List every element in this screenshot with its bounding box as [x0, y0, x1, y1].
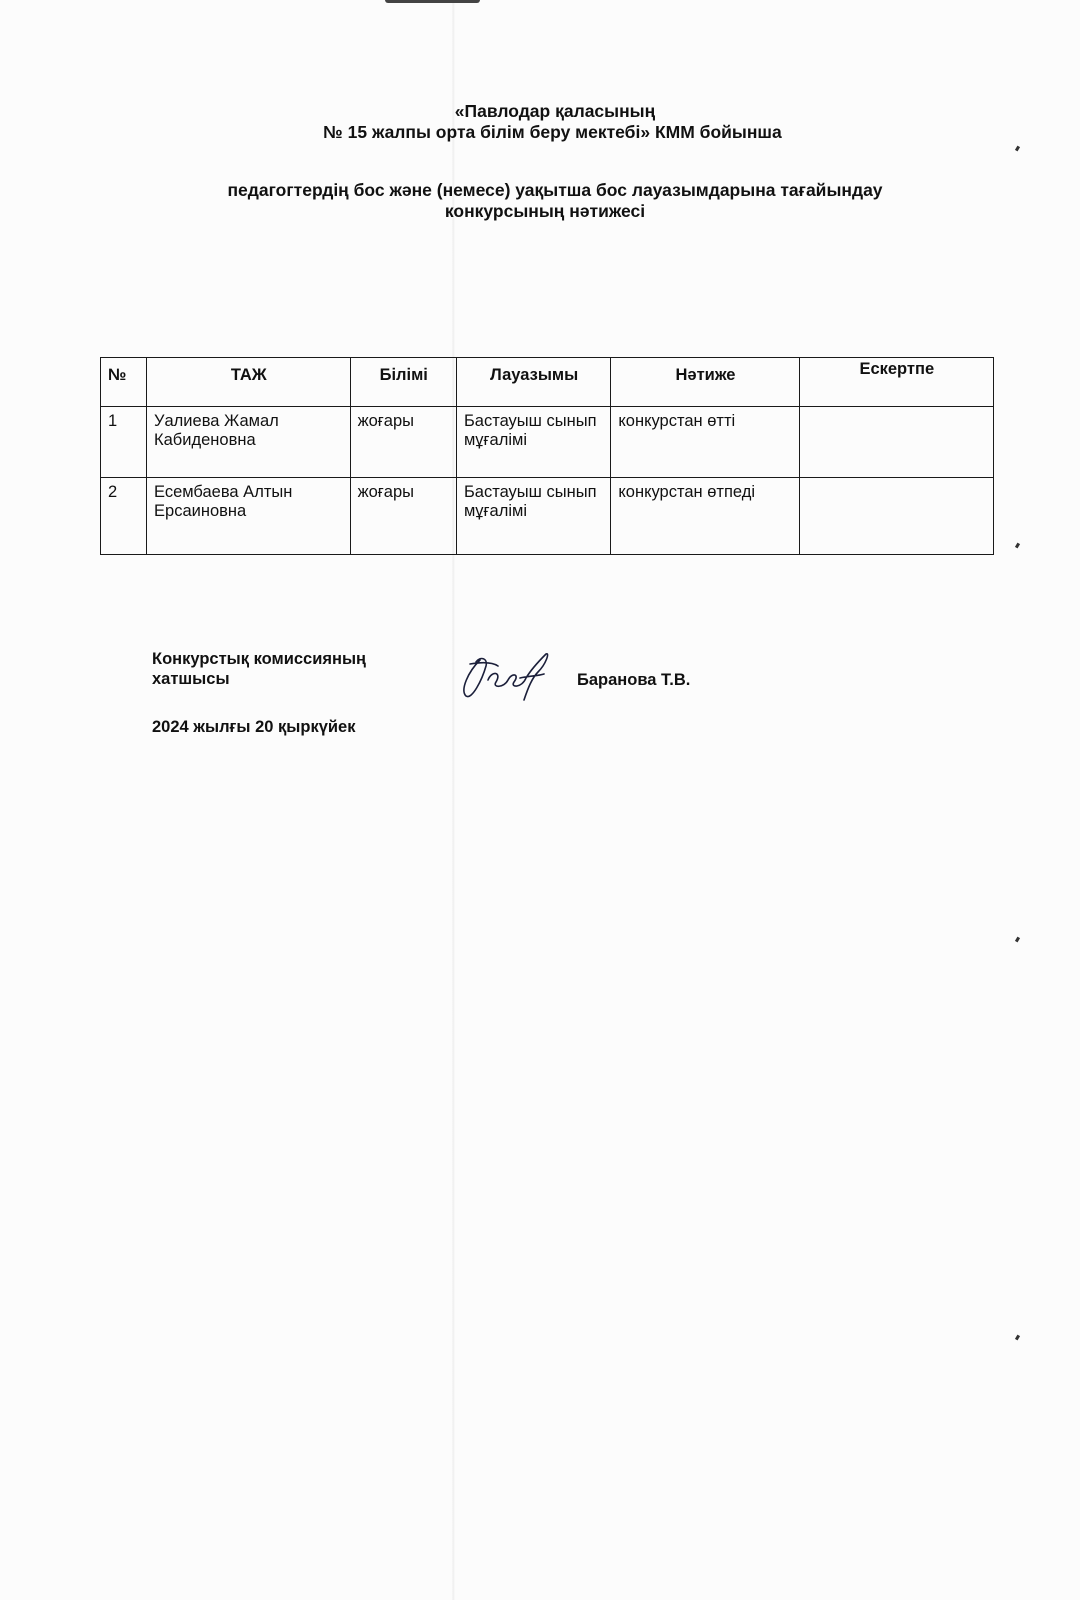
cell-result: конкурстан өтпеді [611, 478, 799, 555]
document-date: 2024 жылғы 20 қыркүйек [152, 718, 356, 737]
scan-edge-shadow [385, 0, 480, 3]
table-row: 1 Уалиева Жамал Кабиденовна жоғары Баста… [101, 407, 994, 478]
cell-name: Уалиева Жамал Кабиденовна [147, 407, 351, 478]
scan-speck [1015, 146, 1020, 152]
cell-note [799, 407, 993, 478]
title-line-2: № 15 жалпы орта білім беру мектебі» КММ … [0, 122, 1080, 143]
cell-result: конкурстан өтті [611, 407, 799, 478]
document-subtitle: педагогтердің бос және (немесе) уақытша … [0, 180, 1080, 222]
cell-education: жоғары [350, 478, 456, 555]
cell-number: 2 [101, 478, 147, 555]
secretary-role-label: Конкурстық комиссияның хатшысы [152, 649, 366, 689]
column-header-number: № [101, 358, 147, 407]
cell-education: жоғары [350, 407, 456, 478]
results-table: № ТАЖ Білімі Лауазымы Нәтиже Ескертпе 1 … [100, 357, 994, 555]
column-header-note: Ескертпе [799, 358, 993, 407]
scan-speck [1015, 543, 1020, 549]
cell-position: Бастауыш сынып мұғалімі [456, 407, 610, 478]
scan-speck [1015, 1335, 1020, 1341]
table-header-row: № ТАЖ Білімі Лауазымы Нәтиже Ескертпе [101, 358, 994, 407]
title-line-1: «Павлодар қаласының [0, 101, 1080, 122]
cell-name: Есембаева Алтын Ерсаиновна [147, 478, 351, 555]
signature-icon [458, 650, 558, 702]
column-header-name: ТАЖ [147, 358, 351, 407]
cell-note [799, 478, 993, 555]
cell-position: Бастауыш сынып мұғалімі [456, 478, 610, 555]
subtitle-line-2: конкурсының нәтижесі [0, 201, 1080, 222]
column-header-position: Лауазымы [456, 358, 610, 407]
column-header-education: Білімі [350, 358, 456, 407]
cell-number: 1 [101, 407, 147, 478]
scan-speck [1015, 937, 1020, 943]
column-header-result: Нәтиже [611, 358, 799, 407]
document-title: «Павлодар қаласының № 15 жалпы орта білі… [0, 101, 1080, 143]
subtitle-line-1: педагогтердің бос және (немесе) уақытша … [0, 180, 1080, 201]
role-line-1: Конкурстық комиссияның [152, 649, 366, 669]
table-row: 2 Есембаева Алтын Ерсаиновна жоғары Баст… [101, 478, 994, 555]
document-page: «Павлодар қаласының № 15 жалпы орта білі… [0, 0, 1080, 1600]
role-line-2: хатшысы [152, 669, 366, 689]
signer-name: Баранова Т.В. [577, 671, 690, 690]
